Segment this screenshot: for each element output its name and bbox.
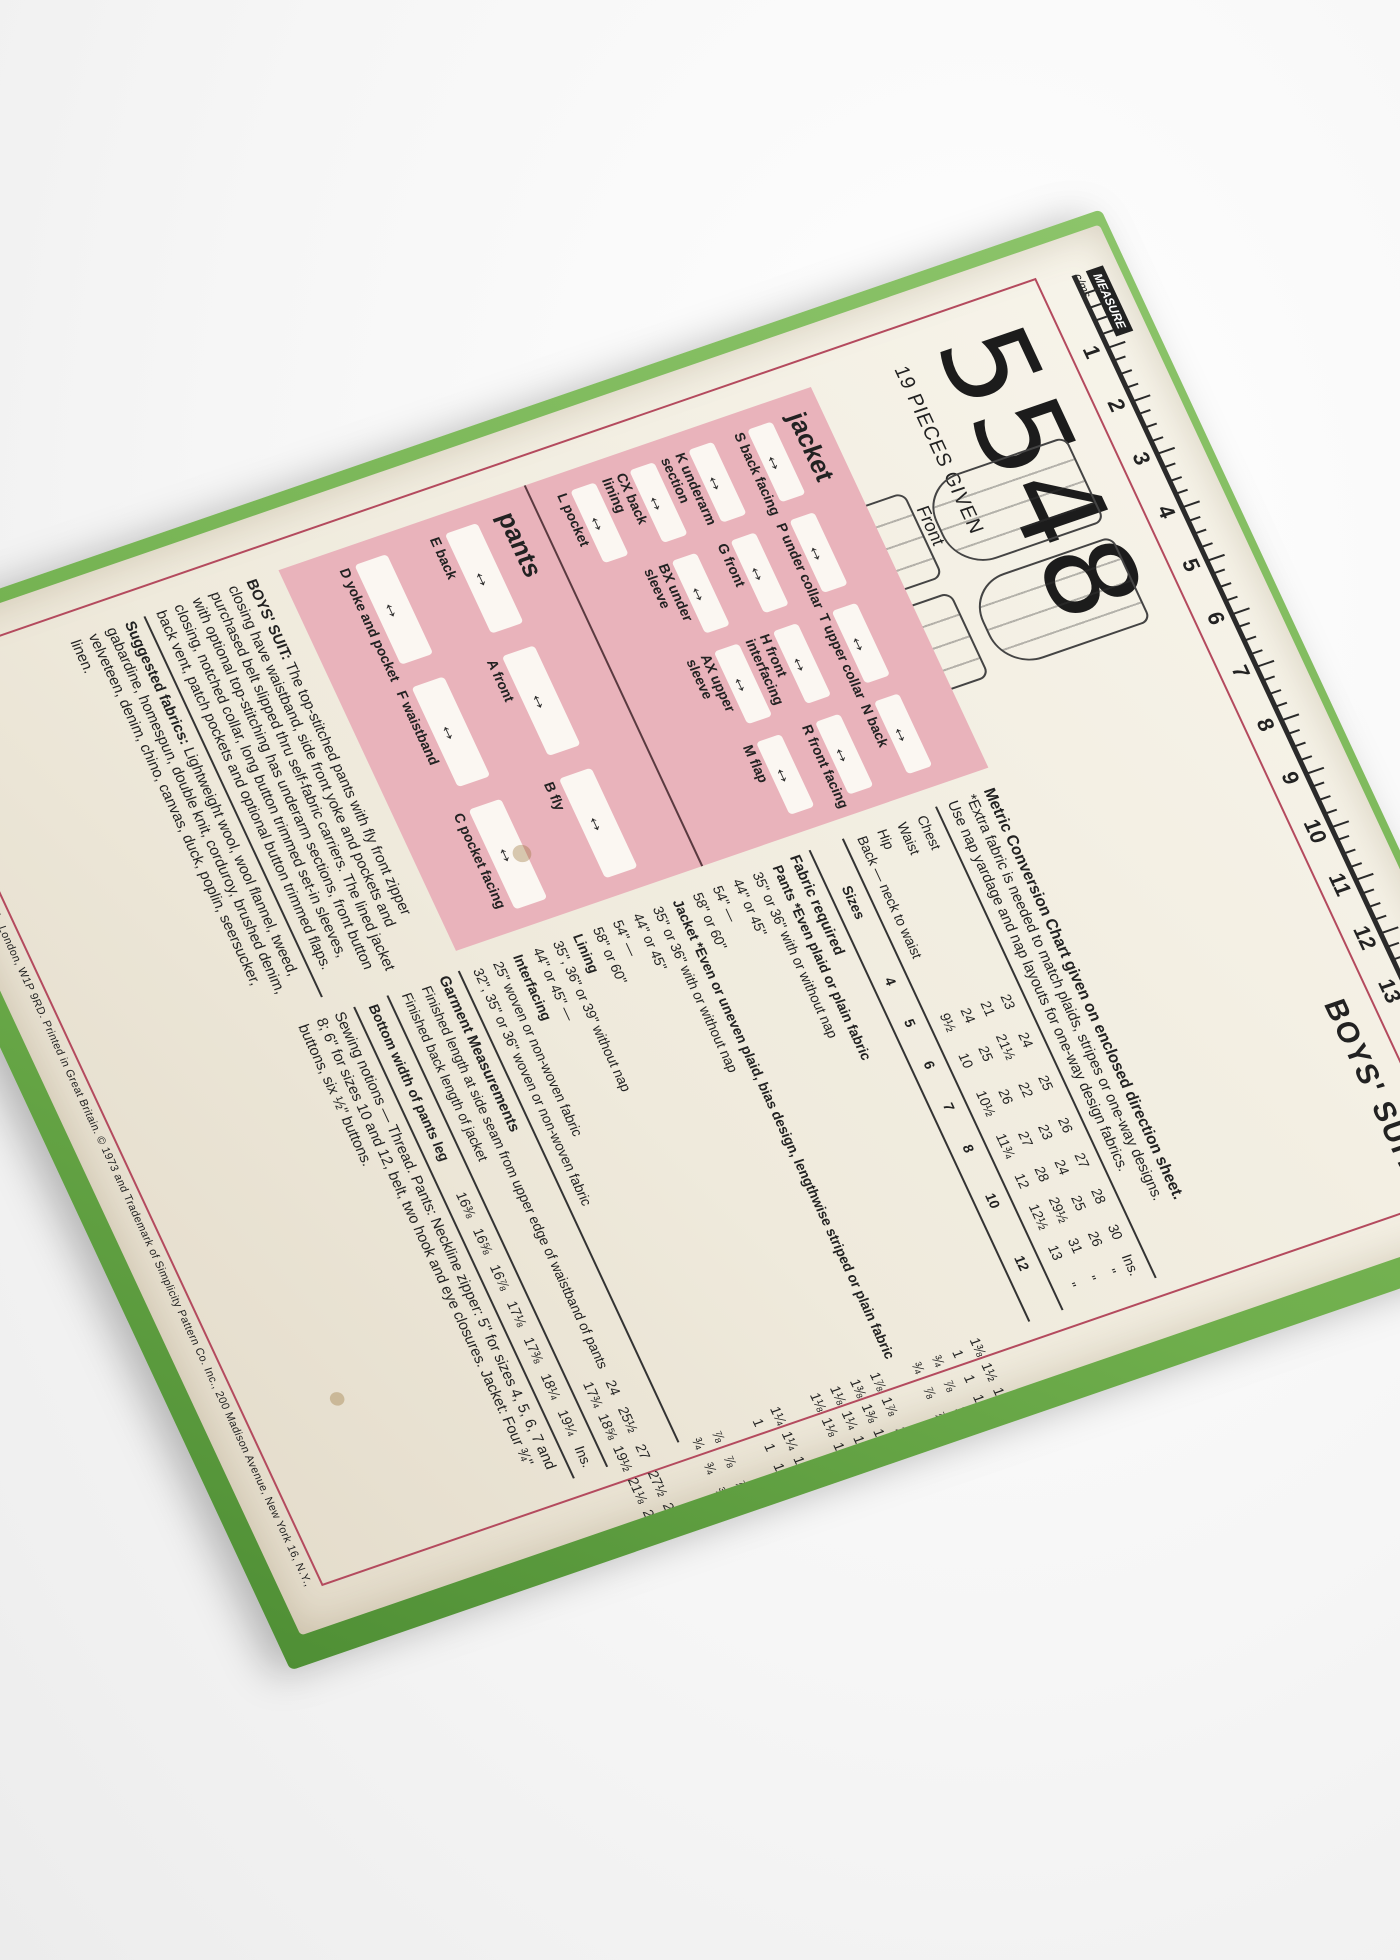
ruler-tick (1387, 942, 1399, 948)
ruler-tick (1319, 795, 1331, 801)
cell-value: 1⅜ (1000, 1463, 1032, 1495)
ruler-number: 9 (1275, 768, 1305, 788)
ruler-tick (1170, 476, 1182, 482)
unit-label: " (680, 1599, 713, 1634)
cell-value: 1 (749, 1520, 781, 1552)
unit-label: " (903, 1554, 938, 1594)
ruler-number: 2 (1101, 396, 1131, 416)
cell-value: 2¼ (909, 1465, 941, 1497)
cell-value: 2½ (932, 1515, 964, 1547)
ruler-tick (1375, 915, 1387, 921)
cell-value: 1⅜ (849, 1486, 881, 1518)
ruler-tick (1226, 596, 1238, 602)
ruler-number: 3 (1126, 449, 1156, 469)
ruler-number: 13 (1372, 976, 1400, 1007)
ruler-tick (1095, 316, 1107, 322)
ruler-tick (1101, 329, 1113, 335)
unit-label: " (1003, 1519, 1038, 1559)
unit-label: " (923, 1547, 958, 1587)
cell-value: 24¼ (665, 1567, 700, 1606)
cell-value: 1 (949, 1451, 981, 1483)
ruler-tick (1368, 902, 1380, 908)
unit-label: " (844, 1574, 879, 1614)
ruler-tick (1362, 888, 1374, 894)
unit-label: " (824, 1581, 859, 1621)
ruler-number: 6 (1201, 609, 1231, 629)
cell-value: 2 (912, 1522, 944, 1554)
ruler-tick (1195, 529, 1207, 535)
cell-value: 1 (968, 1444, 1000, 1476)
ruler-tick (1201, 542, 1213, 548)
ruler-tick (1151, 436, 1163, 442)
cell-value: 1¼ (789, 1506, 821, 1538)
ruler-tick (1263, 675, 1275, 681)
ruler-tick (1120, 369, 1132, 375)
ruler-tick (1139, 409, 1151, 415)
size-header: 7 (929, 1083, 968, 1132)
cell-value: 1¼ (988, 1438, 1020, 1470)
cell-value: ⅞ (729, 1527, 761, 1559)
cell-value: 1 (980, 1469, 1012, 1501)
unit-label: " (983, 1526, 1018, 1566)
ruler-tick (1275, 702, 1287, 708)
ruler-tick (1145, 423, 1157, 429)
cell-value: 1⅛ (992, 1494, 1024, 1526)
unit-label: Yd. (764, 1602, 799, 1636)
ruler-tick (1288, 729, 1300, 735)
ruler-number: 1 (1077, 342, 1107, 362)
ruler-tick (1188, 516, 1200, 522)
ruler-tick (1325, 809, 1337, 815)
cell-value: ⅞ (741, 1552, 773, 1584)
ruler-tick (1213, 569, 1225, 575)
cell-value: 1⅛ (772, 1570, 804, 1602)
unit-label: Yds. (1043, 1505, 1078, 1545)
cell-value: 1⅝ (880, 1504, 912, 1536)
unit-label: " (1023, 1512, 1058, 1552)
cell-value: ⅞ (752, 1577, 784, 1609)
ruler-tick (1343, 848, 1355, 854)
ruler-tick (1350, 862, 1362, 868)
ruler-tick (1294, 742, 1306, 748)
ruler-tick (1238, 622, 1250, 628)
size-header: 6 (909, 1041, 948, 1090)
unit-label: Ins. (700, 1592, 733, 1627)
cell-value: 1¾ (889, 1472, 921, 1504)
ruler-tick (1300, 755, 1312, 761)
size-header: 5 (890, 999, 929, 1048)
ruler-tick (1126, 383, 1138, 389)
cell-value: 1⅞ (900, 1497, 932, 1529)
unit-label: " (784, 1595, 819, 1635)
ruler-number: 8 (1250, 715, 1280, 735)
ruler-number: 7 (1225, 662, 1255, 682)
cell-value: 1⅝ (892, 1529, 924, 1561)
cell-value: 1 (960, 1476, 992, 1508)
ruler-number: 4 (1151, 502, 1181, 522)
cell-value: 1¾ (832, 1549, 864, 1581)
cell-value: 2⅜ (920, 1490, 952, 1522)
ruler-tick (1163, 462, 1175, 468)
cell-value: 1½ (869, 1479, 901, 1511)
cell-value: 1½ (872, 1536, 904, 1568)
cell-value: 1½ (809, 1499, 841, 1531)
cell-value: 1⅝ (820, 1524, 852, 1556)
size-header: 8 (948, 1124, 987, 1173)
cell-value: 2⅛ (1032, 1481, 1064, 1513)
ruler-number: 5 (1176, 555, 1206, 575)
size-header: 4 (870, 957, 909, 1006)
ruler-tick (1312, 782, 1324, 788)
ruler-tick (1219, 582, 1231, 588)
pattern-envelope: MEASURE c/ms 12345678910111213141516 554… (0, 225, 1400, 1636)
unit-label: " (884, 1560, 919, 1600)
cell-value: 1¾ (1008, 1431, 1040, 1463)
ruler-tick (1269, 689, 1281, 695)
ruler-tick (1114, 356, 1126, 362)
cell-value: 1⅞ (1020, 1456, 1052, 1488)
ruler-tick (1089, 303, 1101, 309)
cell-value: 34½ (685, 1560, 720, 1599)
cell-value: 1 (972, 1501, 1004, 1533)
envelope-back-cover: MEASURE c/ms 12345678910111213141516 554… (0, 225, 1400, 1636)
ruler-tick (1337, 835, 1349, 841)
cell-value: 1⅜ (800, 1531, 832, 1563)
ruler-tick (1250, 649, 1262, 655)
ruler-tick (1176, 489, 1188, 495)
cell-value: 1⅜ (812, 1556, 844, 1588)
cell-value: 1⅜ (860, 1511, 892, 1543)
cell-value: 1⅛ (760, 1545, 792, 1577)
cell-value: 1⅞ (1012, 1487, 1044, 1519)
unit-label: Yds. (943, 1540, 978, 1580)
ruler-tick (1244, 635, 1256, 641)
